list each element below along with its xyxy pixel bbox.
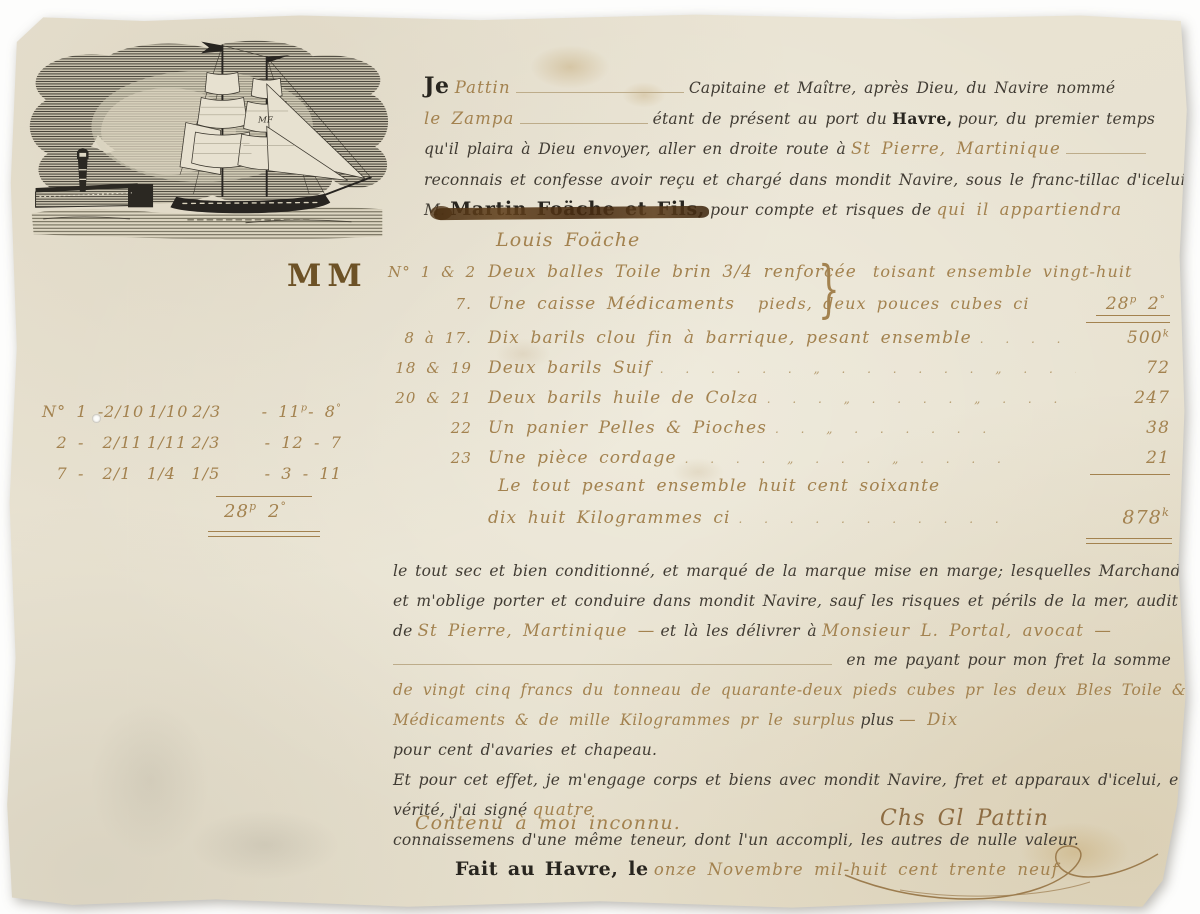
destination-handwritten-2: St Pierre, Martinique —: [418, 621, 656, 640]
printed-text: pour, du premier temps: [958, 110, 1155, 128]
cargo-row: N° 1 & 2 Deux balles Toile brin 3/4 renf…: [388, 262, 1170, 282]
dotted-leader: . . . . .: [980, 332, 1076, 346]
signature-flourish: [840, 820, 1170, 910]
item-value: 38: [1084, 418, 1170, 438]
contents-unknown-note: Contenu à moi inconnu.: [415, 812, 681, 834]
blank-fill-line: [393, 651, 832, 665]
printed-text: pour compte et risques de: [710, 201, 931, 219]
scanned-bill-of-lading: MF Je Pattin Capitaine et Maître, après …: [0, 0, 1200, 914]
cargo-row: 18 & 19 Deux barils Suif . . . . . . „ .…: [388, 358, 1170, 378]
consignor-handwritten: Louis Foäche: [496, 229, 640, 251]
cargo-row: 23 Une pièce cordage . . . . „ . . . „ .…: [388, 448, 1170, 468]
paper-surface: MF Je Pattin Capitaine et Maître, après …: [0, 0, 1200, 914]
destination-handwritten: St Pierre, Martinique: [851, 139, 1061, 158]
total-value: 878k: [1084, 505, 1170, 528]
item-description: Une caisse Médicaments: [488, 294, 735, 314]
item-value: 28p 2°: [1084, 294, 1170, 316]
item-number: 18 & 19: [388, 359, 472, 377]
paper-sheet: MF Je Pattin Capitaine et Maître, après …: [0, 0, 1200, 914]
printed-havre: Havre,: [892, 109, 953, 128]
ship-engraving: MF: [24, 26, 390, 248]
calc-total: 28p 2°: [224, 500, 287, 522]
cargo-row: 7. Une caisse Médicaments pieds, deux po…: [388, 294, 1170, 316]
item-value: 500k: [1084, 328, 1170, 348]
header-line-5: M. Martin Foäche et Fils, pour compte et…: [424, 195, 1172, 226]
item-number: 22: [388, 419, 472, 437]
item-description: Un panier Pelles & Pioches: [488, 418, 767, 438]
header-line-6: Louis Foäche: [424, 226, 1172, 256]
freight-rate-handwritten: de vingt cinq francs du tonneau de quara…: [393, 681, 1200, 699]
calc-row: 2 - 2/11 1/11 2/3 - 12 - 7: [42, 433, 342, 464]
struck-consignor-name: Martin Foäche et Fils,: [450, 195, 705, 225]
ship-name-handwritten: le Zampa: [424, 109, 514, 128]
risks-handwritten: qui il appartiendra: [936, 200, 1122, 219]
dotted-leader: . . . . . . . . . . .: [739, 512, 1076, 526]
item-description: Dix barils clou fin à barrique, pesant e…: [488, 328, 972, 348]
measure-note: toisant ensemble vingt-huit: [873, 262, 1199, 281]
marks-monogram: MM: [287, 258, 368, 294]
item-description: Deux barils huile de Colza: [488, 388, 759, 408]
printed-text: étant de présent au port du: [653, 110, 887, 128]
body-line-4: en me payant pour mon fret la somme: [393, 646, 1171, 675]
smudge: [90, 700, 210, 860]
item-description: Deux balles Toile brin 3/4 renforcée: [488, 262, 857, 282]
body-line-1: le tout sec et bien conditionné, et marq…: [393, 556, 1171, 586]
total-rule-bottom: [1086, 538, 1172, 544]
printed-text: qu'il plaira à Dieu envoyer, aller en dr…: [424, 140, 846, 158]
item-number: 23: [388, 449, 472, 467]
calc-row: N° 1 - 2/10 1/10 2/3 - 11p- 8°: [42, 402, 342, 433]
printed-text: Capitaine et Maître, après Dieu, du Navi…: [689, 79, 1115, 97]
dotted-leader: . . . . „ . . . „ . . . .: [685, 452, 1076, 466]
item-number: N° 1 & 2: [388, 263, 472, 281]
total-weight-line-1: Le tout pesant ensemble huit cent soixan…: [498, 476, 940, 496]
dotted-leader: . . . . . . „ . . . . . . „ . . . . . .: [660, 362, 1076, 376]
cargo-row: 22 Un panier Pelles & Pioches . . „ . . …: [388, 418, 1170, 438]
calc-rule-double: [208, 531, 320, 537]
printed-text: reconnais et confesse avoir reçu et char…: [424, 171, 1200, 189]
body-line-7: Et pour cet effet, je m'engage corps et …: [393, 765, 1171, 795]
sail-monogram: MF: [257, 116, 274, 126]
header-line-4: reconnais et confesse avoir reçu et char…: [424, 165, 1172, 196]
dotted-leader: . . „ . . . . . .: [775, 422, 1076, 436]
smudge: [190, 810, 340, 880]
margin-calculation: N° 1 - 2/10 1/10 2/3 - 11p- 8° 2 - 2/11 …: [42, 402, 342, 495]
item-number: 8 à 17.: [388, 329, 472, 347]
calc-rule: [216, 496, 312, 497]
fait-au-havre: Fait au Havre, le: [455, 858, 649, 880]
printed-je: Je: [424, 73, 450, 99]
captain-name-handwritten: Pattin: [455, 78, 511, 97]
freight-rate-handwritten-2: Médicaments & de mille Kilogrammes pr le…: [393, 711, 855, 729]
dotted-leader: . . . „ . . . . „ . . . . .: [767, 392, 1076, 406]
item-number: 7.: [388, 295, 472, 313]
body-line-6: Médicaments & de mille Kilogrammes pr le…: [393, 705, 1171, 765]
value-underline: [1086, 322, 1170, 323]
item-description: Une pièce cordage: [488, 448, 677, 468]
blank-fill-line: [520, 110, 648, 124]
consignee-handwritten: Monsieur L. Portal, avocat —: [822, 621, 1112, 640]
total-weight-line-2: dix huit Kilogrammes ci . . . . . . . . …: [388, 505, 1170, 528]
percent-handwritten: — Dix: [899, 710, 958, 729]
body-line-2: et m'oblige porter et conduire dans mond…: [393, 586, 1171, 616]
item-value: 247: [1084, 388, 1170, 408]
item-number: 20 & 21: [388, 389, 472, 407]
header-line-3: qu'il plaira à Dieu envoyer, aller en dr…: [424, 134, 1172, 165]
body-line-3: de St Pierre, Martinique — et là les dél…: [393, 616, 1171, 646]
measure-note: pieds, deux pouces cubes ci: [758, 294, 1084, 313]
item-value: 21: [1084, 448, 1170, 468]
total-text: dix huit Kilogrammes ci: [488, 508, 731, 528]
header-line-1: Je Pattin Capitaine et Maître, après Die…: [424, 72, 1172, 104]
header-block: Je Pattin Capitaine et Maître, après Die…: [424, 72, 1172, 255]
item-value: 72: [1084, 358, 1170, 378]
blank-fill-line: [1066, 140, 1146, 154]
cargo-row: 8 à 17. Dix barils clou fin à barrique, …: [388, 328, 1170, 348]
total-rule-top: [1090, 474, 1170, 475]
cargo-row: 20 & 21 Deux barils huile de Colza . . .…: [388, 388, 1170, 408]
calc-row: 7 - 2/1 1/4 1/5 - 3 - 11: [42, 464, 342, 495]
blank-fill-line: [516, 79, 684, 93]
body-line-5: de vingt cinq francs du tonneau de quara…: [393, 675, 1171, 705]
header-line-2: le Zampa étant de présent au port du Hav…: [424, 104, 1172, 135]
item-description: Deux barils Suif: [488, 358, 652, 378]
